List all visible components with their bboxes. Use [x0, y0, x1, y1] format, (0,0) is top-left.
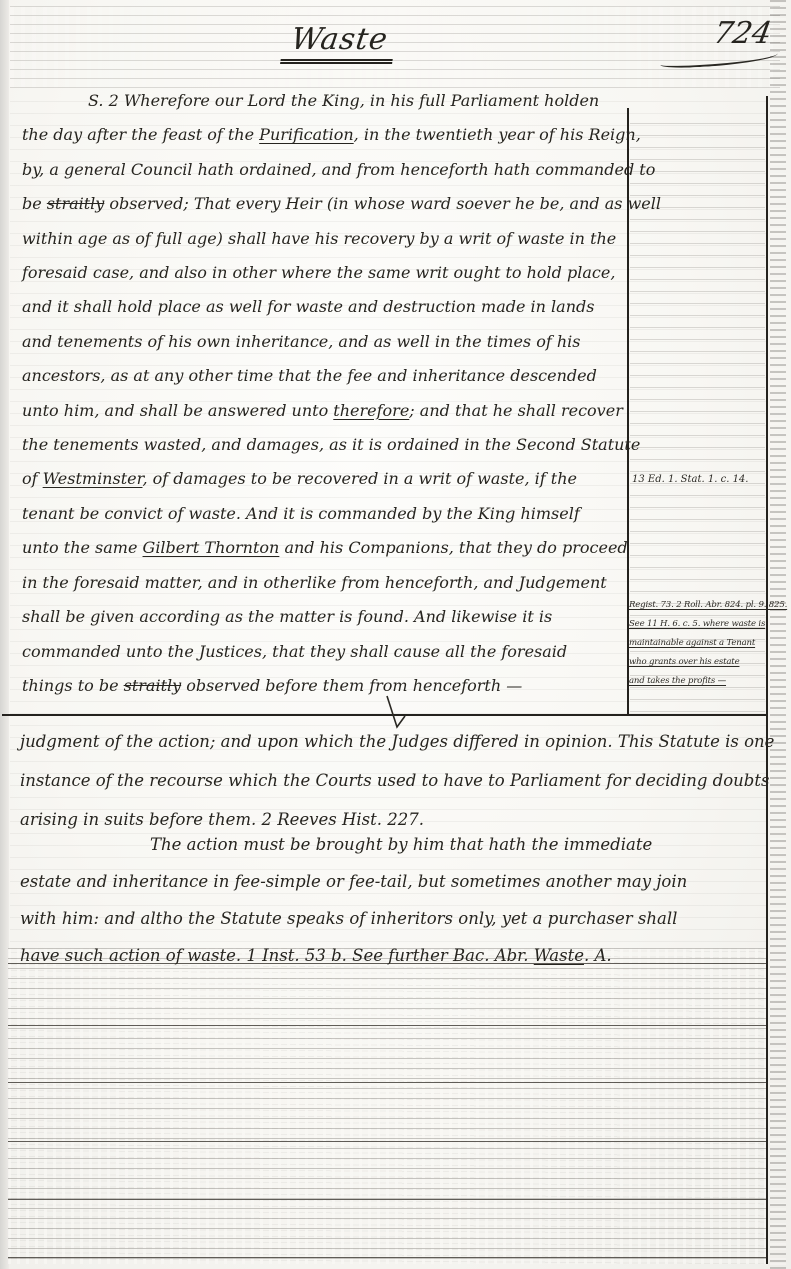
text-segment-underlined: Gilbert Thornton — [143, 538, 280, 557]
text-segment: , of damages to be recovered in a writ o… — [142, 469, 577, 488]
margin-note-register-citation: Regist. 73. 2 Roll. Abr. 824. pl. 9. 825… — [629, 596, 766, 691]
text-line: shall be given according as the matter i… — [22, 600, 624, 634]
ruled-line — [8, 1199, 766, 1200]
text-line: the tenements wasted, and damages, as it… — [22, 428, 624, 462]
text-line: by, a general Council hath ordained, and… — [22, 153, 624, 187]
note-line: and takes the profits — — [629, 672, 766, 691]
text-line: unto the same Gilbert Thornton and his C… — [22, 531, 624, 565]
note-line: who grants over his estate — [629, 653, 766, 672]
text-line: estate and inheritance in fee-simple or … — [20, 863, 784, 900]
text-segment-struck: straitly — [124, 676, 182, 695]
note-line: maintainable against a Tenant — [629, 634, 766, 653]
text-segment: . A. — [584, 946, 612, 965]
text-line: and tenements of his own inheritance, an… — [22, 325, 624, 359]
text-line: unto him, and shall be answered unto the… — [22, 394, 624, 428]
text-segment: be — [22, 194, 47, 213]
text-line: have such action of waste. 1 Inst. 53 b.… — [20, 937, 784, 974]
text-line: in the foresaid matter, and in otherlike… — [22, 566, 624, 600]
ruled-line — [8, 1025, 766, 1026]
text-segment-underlined: therefore — [333, 401, 409, 420]
manuscript-page-scan: Waste 724 S. 2 Wherefore our Lord the Ki… — [0, 0, 791, 1269]
paragraph-commentary: judgment of the action; and upon which t… — [20, 722, 784, 839]
text-segment-underlined: Westminster — [43, 469, 143, 488]
ruled-line — [8, 1082, 766, 1083]
page-title-text: Waste — [280, 22, 398, 64]
text-segment: unto him, and shall be answered unto — [22, 401, 333, 420]
note-line: See 11 H. 6. c. 5. where waste is — [629, 615, 766, 634]
text-segment: unto the same — [22, 538, 143, 557]
text-segment: have such action of waste. 1 Inst. 53 b.… — [20, 946, 534, 965]
text-line: be straitly observed; That every Heir (i… — [22, 187, 624, 221]
text-line: the day after the feast of the Purificat… — [22, 118, 624, 152]
page-number: 724 — [711, 16, 774, 51]
text-line: The action must be brought by him that h… — [20, 826, 784, 863]
margin-note-statute-citation: 13 Ed. 1. Stat. 1. c. 14. — [632, 474, 764, 485]
text-line: commanded unto the Justices, that they s… — [22, 635, 624, 669]
text-line: foresaid case, and also in other where t… — [22, 256, 624, 290]
text-line: within age as of full age) shall have hi… — [22, 222, 624, 256]
paragraph-statute: S. 2 Wherefore our Lord the King, in his… — [22, 84, 624, 703]
text-segment: ; and that he shall recover — [409, 401, 623, 420]
page-title: Waste — [283, 22, 395, 64]
text-line: instance of the recourse which the Court… — [20, 761, 784, 800]
text-segment-underlined: Waste — [534, 946, 584, 965]
ruled-line — [8, 1141, 766, 1142]
paragraph-action-of-waste: The action must be brought by him that h… — [20, 826, 784, 974]
text-segment-underlined: Purification — [259, 125, 354, 144]
text-line: judgment of the action; and upon which t… — [20, 722, 784, 761]
text-line: and it shall hold place as well for wast… — [22, 290, 624, 324]
ruled-line — [8, 1257, 766, 1258]
ruled-lines-bottom-noise — [8, 948, 766, 1264]
text-segment: observed; That every Heir (in whose ward… — [104, 194, 661, 213]
text-line: ancestors, as at any other time that the… — [22, 359, 624, 393]
text-line: with him: and altho the Statute speaks o… — [20, 900, 784, 937]
text-segment: of — [22, 469, 43, 488]
text-segment: the day after the feast of the — [22, 125, 259, 144]
text-segment: observed before them from henceforth — — [181, 676, 522, 695]
right-scan-edge-noise — [770, 0, 786, 1269]
text-line: S. 2 Wherefore our Lord the King, in his… — [22, 84, 624, 118]
text-line: of Westminster, of damages to be recover… — [22, 462, 624, 496]
text-line: tenant be convict of waste. And it is co… — [22, 497, 624, 531]
text-segment: and his Companions, that they do proceed — [279, 538, 627, 557]
page-right-rule — [766, 96, 768, 1264]
note-line: Regist. 73. 2 Roll. Abr. 824. pl. 9. 825… — [629, 596, 766, 615]
text-segment-struck: straitly — [47, 194, 105, 213]
text-line: things to be straitly observed before th… — [22, 669, 624, 703]
text-segment: , in the twentieth year of his Reign, — [354, 125, 641, 144]
text-segment: things to be — [22, 676, 124, 695]
